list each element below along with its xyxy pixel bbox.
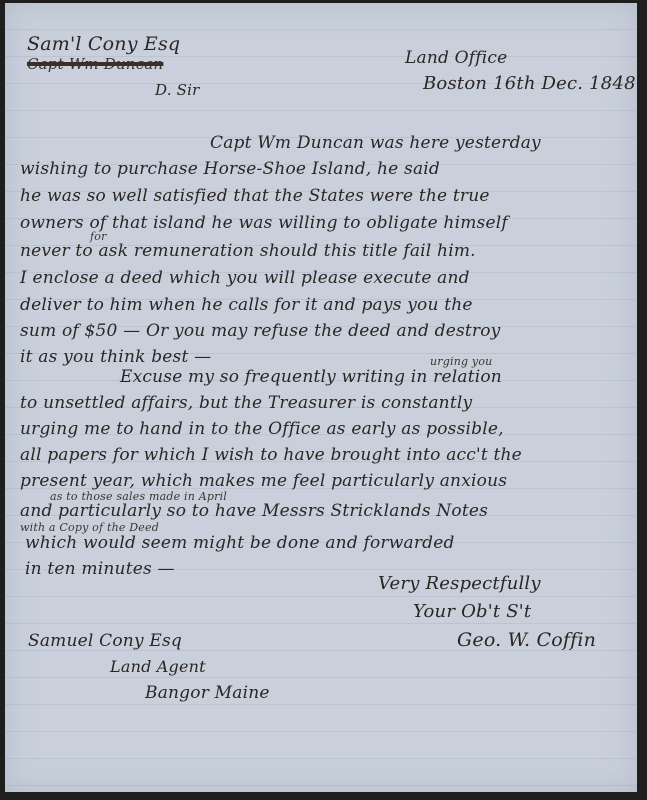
greeting: D. Sir: [155, 81, 199, 99]
body-line: wishing to purchase Horse-Shoe Island, h…: [20, 159, 440, 179]
body-line: sum of $50 — Or you may refuse the deed …: [20, 321, 501, 341]
body-line: present year, which makes me feel partic…: [20, 471, 507, 491]
dateline-date: Boston 16th Dec. 1848: [423, 73, 636, 94]
body-line: to unsettled affairs, but the Treasurer …: [20, 393, 472, 413]
signature: Geo. W. Coffin: [457, 629, 596, 651]
address-name: Samuel Cony Esq: [28, 631, 182, 651]
struck-addressee: Capt Wm Duncan: [27, 55, 163, 73]
body-line: I enclose a deed which you will please e…: [20, 268, 470, 288]
body-line: Excuse my so frequently writing in relat…: [120, 367, 502, 387]
body-line: he was so well satisfied that the States…: [20, 186, 490, 206]
body-line: Capt Wm Duncan was here yesterday: [210, 133, 541, 153]
closing-line-1: Very Respectfully: [378, 573, 541, 594]
body-line: it as you think best —: [20, 347, 211, 367]
body-line: and particularly so to have Messrs Stric…: [20, 501, 488, 521]
closing-line-2: Your Ob't S't: [413, 601, 531, 622]
dateline-office: Land Office: [405, 48, 507, 68]
body-line: deliver to him when he calls for it and …: [20, 295, 473, 315]
address-title: Land Agent: [110, 657, 206, 676]
body-line: never to ask remuneration should this ti…: [20, 241, 476, 261]
body-line: in ten minutes —: [25, 559, 175, 579]
body-line: all papers for which I wish to have brou…: [20, 445, 522, 465]
letter-page: Sam'l Cony Esq Capt Wm Duncan D. Sir Lan…: [5, 3, 637, 792]
address-location: Bangor Maine: [145, 683, 270, 703]
body-line: which would seem might be done and forwa…: [25, 533, 455, 553]
body-line: urging me to hand in to the Office as ea…: [20, 419, 504, 439]
addressee-name: Sam'l Cony Esq: [27, 33, 180, 55]
